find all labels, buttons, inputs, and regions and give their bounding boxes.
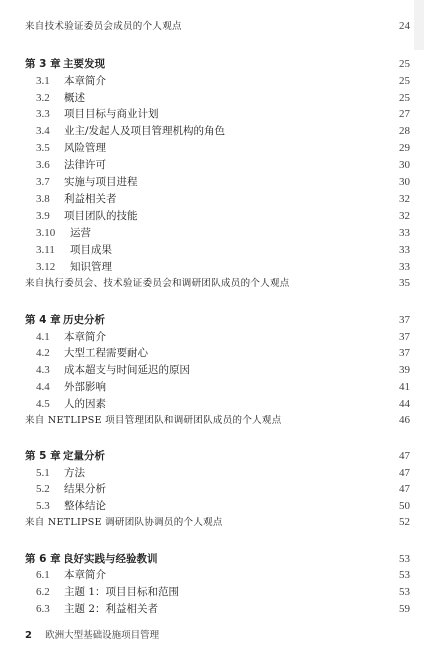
toc-section-entry[interactable]: 5.3整体结论50	[0, 498, 424, 515]
toc-section-entry[interactable]: 4.4外部影响41	[0, 379, 424, 396]
entry-title: 来自执行委员会、技术验证委员会和调研团队成员的个人观点	[25, 275, 290, 292]
section-number: 3.12	[36, 259, 55, 276]
section-number: 3.7	[36, 174, 50, 191]
entry-title: 外部影响	[64, 379, 106, 396]
entry-page-number: 53	[399, 584, 410, 601]
footer-page-number: 2	[25, 630, 32, 641]
toc-section-entry[interactable]: 6.3主题 2：利益相关者59	[0, 601, 424, 618]
entry-title: 成本超支与时间延迟的原因	[64, 362, 190, 379]
toc-section-entry[interactable]: 4.5人的因素44	[0, 396, 424, 413]
section-number: 3.4	[36, 123, 50, 140]
section-number: 4.5	[36, 396, 50, 413]
toc-section-entry[interactable]: 3.7实施与项目进程30	[0, 174, 424, 191]
section-number: 3.6	[36, 157, 50, 174]
entry-page-number: 50	[399, 498, 410, 515]
toc-section-entry[interactable]: 4.2大型工程需要耐心37	[0, 345, 424, 362]
chapter-number: 第 6 章	[25, 551, 61, 568]
chapter-number: 第 4 章	[25, 312, 61, 329]
entry-page-number: 47	[399, 465, 410, 482]
entry-title: 人的因素	[64, 396, 106, 413]
toc-section-entry[interactable]: 5.2结果分析47	[0, 481, 424, 498]
toc-section-entry[interactable]: 4.3成本超支与时间延迟的原因39	[0, 362, 424, 379]
entry-page-number: 25	[399, 56, 410, 73]
section-number: 3.1	[36, 73, 50, 90]
entry-page-number: 59	[399, 601, 410, 618]
section-number: 4.3	[36, 362, 50, 379]
section-number: 3.8	[36, 191, 50, 208]
entry-title: 来自 NETLIPSE 调研团队协调员的个人观点	[25, 514, 223, 531]
entry-page-number: 32	[399, 208, 410, 225]
toc-chapter-entry[interactable]: 第 3 章主要发现25	[0, 56, 424, 73]
entry-page-number: 35	[399, 275, 410, 292]
section-number: 4.2	[36, 345, 50, 362]
entry-title: 本章简介	[64, 329, 106, 346]
entry-page-number: 47	[399, 448, 410, 465]
toc-section-entry[interactable]: 4.1本章简介37	[0, 329, 424, 346]
toc-section-entry[interactable]: 3.10运营33	[0, 225, 424, 242]
toc-viewpoint-entry[interactable]: 来自执行委员会、技术验证委员会和调研团队成员的个人观点35	[0, 275, 424, 292]
entry-page-number: 30	[399, 174, 410, 191]
toc-chapter-entry[interactable]: 第 4 章历史分析37	[0, 312, 424, 329]
entry-page-number: 53	[399, 551, 410, 568]
entry-page-number: 33	[399, 242, 410, 259]
entry-title: 业主/发起人及项目管理机构的角色	[64, 123, 225, 140]
section-number: 6.2	[36, 584, 50, 601]
toc-chapter-entry[interactable]: 第 5 章定量分析47	[0, 448, 424, 465]
section-number: 3.2	[36, 90, 50, 107]
section-number: 5.2	[36, 481, 50, 498]
section-number: 4.4	[36, 379, 50, 396]
entry-title: 历史分析	[63, 312, 105, 329]
entry-title: 主题 1：项目目标和范围	[64, 584, 179, 601]
entry-title: 知识管理	[70, 259, 112, 276]
toc-section-entry[interactable]: 6.2主题 1：项目目标和范围53	[0, 584, 424, 601]
section-number: 3.11	[36, 242, 55, 259]
toc-section-entry[interactable]: 3.9项目团队的技能32	[0, 208, 424, 225]
entry-title: 利益相关者	[64, 191, 117, 208]
entry-title: 大型工程需要耐心	[64, 345, 148, 362]
entry-title: 项目目标与商业计划	[64, 106, 159, 123]
entry-page-number: 29	[399, 140, 410, 157]
toc-section-entry[interactable]: 5.1方法47	[0, 465, 424, 482]
section-number: 3.9	[36, 208, 50, 225]
entry-title: 运营	[70, 225, 91, 242]
entry-title: 整体结论	[64, 498, 106, 515]
entry-page-number: 24	[399, 18, 410, 35]
toc-section-entry[interactable]: 3.1本章简介25	[0, 73, 424, 90]
toc-viewpoint-entry[interactable]: 来自 NETLIPSE 项目管理团队和调研团队成员的个人观点46	[0, 412, 424, 429]
toc-section-entry[interactable]: 3.3项目目标与商业计划27	[0, 106, 424, 123]
toc-viewpoint-entry[interactable]: 来自 NETLIPSE 调研团队协调员的个人观点52	[0, 514, 424, 531]
section-number: 4.1	[36, 329, 50, 346]
entry-title: 概述	[64, 90, 85, 107]
entry-page-number: 37	[399, 312, 410, 329]
chapter-number: 第 3 章	[25, 56, 61, 73]
section-number: 3.5	[36, 140, 50, 157]
entry-page-number: 53	[399, 567, 410, 584]
toc-section-entry[interactable]: 3.6法律许可30	[0, 157, 424, 174]
toc-section-entry[interactable]: 3.5风险管理29	[0, 140, 424, 157]
entry-title: 项目团队的技能	[64, 208, 138, 225]
entry-page-number: 33	[399, 225, 410, 242]
section-number: 6.3	[36, 601, 50, 618]
footer-book-title: 欧洲大型基础设施项目管理	[45, 630, 159, 641]
page-footer: 2 欧洲大型基础设施项目管理	[25, 628, 159, 644]
toc-viewpoint-entry[interactable]: 来自技术验证委员会成员的个人观点24	[0, 18, 424, 35]
entry-page-number: 25	[399, 73, 410, 90]
entry-page-number: 37	[399, 345, 410, 362]
entry-title: 本章简介	[64, 567, 106, 584]
entry-title: 风险管理	[64, 140, 106, 157]
entry-page-number: 41	[399, 379, 410, 396]
toc-section-entry[interactable]: 3.4业主/发起人及项目管理机构的角色28	[0, 123, 424, 140]
entry-title: 项目成果	[70, 242, 112, 259]
toc-section-entry[interactable]: 3.11项目成果33	[0, 242, 424, 259]
entry-title: 良好实践与经验教训	[63, 551, 158, 568]
entry-title: 法律许可	[64, 157, 106, 174]
entry-title: 来自技术验证委员会成员的个人观点	[25, 18, 182, 35]
toc-section-entry[interactable]: 3.2概述25	[0, 90, 424, 107]
entry-page-number: 46	[399, 412, 410, 429]
section-number: 3.10	[36, 225, 55, 242]
entry-title: 定量分析	[63, 448, 105, 465]
entry-page-number: 30	[399, 157, 410, 174]
entry-page-number: 47	[399, 481, 410, 498]
entry-page-number: 33	[399, 259, 410, 276]
chapter-number: 第 5 章	[25, 448, 61, 465]
entry-title: 方法	[64, 465, 85, 482]
section-number: 3.3	[36, 106, 50, 123]
entry-page-number: 28	[399, 123, 410, 140]
toc-section-entry[interactable]: 3.8利益相关者32	[0, 191, 424, 208]
section-number: 5.1	[36, 465, 50, 482]
toc-chapter-entry[interactable]: 第 6 章良好实践与经验教训53	[0, 551, 424, 568]
entry-page-number: 32	[399, 191, 410, 208]
entry-page-number: 37	[399, 329, 410, 346]
entry-title: 本章简介	[64, 73, 106, 90]
toc-section-entry[interactable]: 6.1本章简介53	[0, 567, 424, 584]
entry-title: 主题 2：利益相关者	[64, 601, 158, 618]
toc-section-entry[interactable]: 3.12知识管理33	[0, 259, 424, 276]
entry-page-number: 39	[399, 362, 410, 379]
entry-title: 实施与项目进程	[64, 174, 138, 191]
entry-title: 来自 NETLIPSE 项目管理团队和调研团队成员的个人观点	[25, 412, 282, 429]
entry-title: 结果分析	[64, 481, 106, 498]
entry-title: 主要发现	[63, 56, 105, 73]
entry-page-number: 44	[399, 396, 410, 413]
entry-page-number: 25	[399, 90, 410, 107]
entry-page-number: 27	[399, 106, 410, 123]
section-number: 6.1	[36, 567, 50, 584]
section-number: 5.3	[36, 498, 50, 515]
entry-page-number: 52	[399, 514, 410, 531]
